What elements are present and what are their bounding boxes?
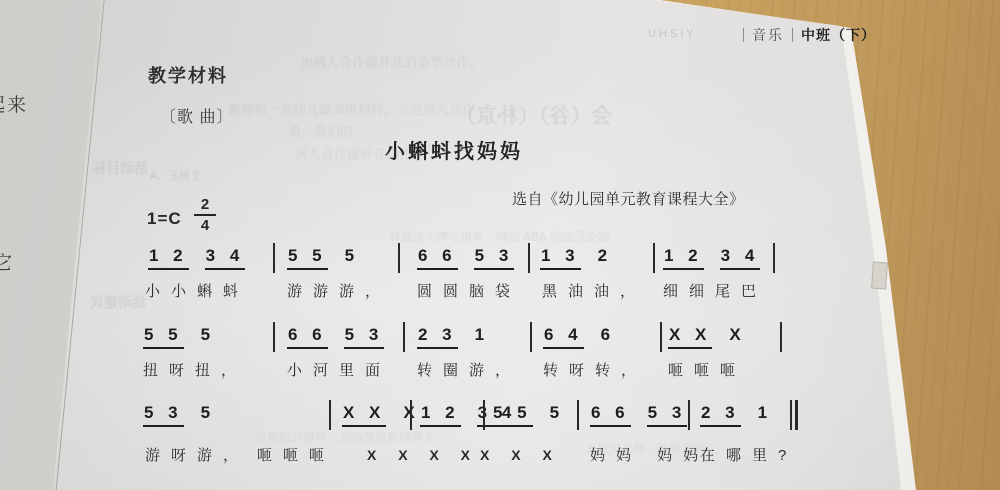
- note-group: 1 2: [420, 403, 461, 427]
- barline: [688, 400, 690, 430]
- note-group: 6 6: [287, 325, 328, 349]
- left-page-text-fragment-middle: 它: [0, 248, 14, 275]
- note-group: 2 3: [700, 403, 741, 427]
- book-photo-on-desk: 起来 它 音乐中班（下） UHSIY 教学材料 〔歌 曲〕 小蝌蚪找妈妈 选自《…: [0, 0, 1000, 490]
- genre-label: 〔歌 曲〕: [160, 104, 233, 127]
- note-group: 5: [344, 246, 360, 268]
- measure: 1 23 4: [148, 246, 245, 270]
- lyric-segment: 妈妈 妈妈: [590, 447, 709, 464]
- note-group: X: [728, 325, 746, 347]
- measure: 5 55: [492, 403, 565, 427]
- measure: 6 65 3: [287, 325, 384, 349]
- lyric-segment: X X X X: [367, 447, 479, 464]
- measure: 2 31: [700, 403, 773, 427]
- note-group: 5 3: [647, 403, 688, 427]
- barline: [528, 243, 530, 273]
- note-group: 6 6: [590, 403, 631, 427]
- header-subject-label: 音乐: [752, 27, 784, 43]
- note-group: 3 4: [205, 246, 246, 270]
- time-signature-bar: [194, 214, 216, 216]
- header-divider: [743, 28, 744, 42]
- note-group: 1 2: [148, 246, 189, 270]
- lyric-segment: 圆圆脑袋: [417, 283, 521, 300]
- barline: [329, 400, 331, 430]
- time-signature: 2 4: [194, 197, 216, 233]
- lyric-segment: 黑油油，: [542, 283, 646, 300]
- left-page-text-fragment-top: 起来: [0, 90, 28, 117]
- note-group: 5 5: [287, 246, 328, 270]
- note-group: 3 4: [720, 246, 761, 270]
- lyric-segment: 扭呀扭，: [143, 362, 247, 379]
- barline: [530, 322, 532, 352]
- note-group: 5: [200, 403, 216, 425]
- note-group: 1: [757, 403, 773, 425]
- measure: 5 55: [143, 325, 216, 349]
- measure: 2 31: [417, 325, 490, 349]
- end-barline: [780, 322, 782, 352]
- lyric-segment: 咂咂咂: [668, 362, 746, 379]
- measure: 6 46: [543, 325, 616, 349]
- key-signature: 1=C: [147, 209, 182, 229]
- lyric-segment: 小小蝌蚪: [145, 283, 249, 300]
- song-title: 小蝌蚪找妈妈: [385, 135, 523, 164]
- lyric-segment: 细细尾巴: [663, 283, 767, 300]
- note-group: X: [402, 403, 420, 425]
- paper-scrap-on-table: [871, 262, 888, 290]
- note-group: 5: [549, 403, 565, 425]
- note-group: X X: [668, 325, 712, 349]
- note-group: 6: [600, 325, 616, 347]
- note-group: 2: [597, 246, 613, 268]
- measure: 5 35: [143, 403, 216, 427]
- measure: 6 65 3: [417, 246, 514, 270]
- barline: [410, 400, 412, 430]
- note-group: 1: [474, 325, 490, 347]
- note-group: X X: [342, 403, 386, 427]
- measure: X XX: [342, 403, 421, 427]
- time-signature-denominator: 4: [194, 218, 216, 233]
- note-group: 5 5: [492, 403, 533, 427]
- final-barline-thick: [795, 400, 798, 430]
- note-group: 5: [200, 325, 216, 347]
- note-group: 5 3: [474, 246, 515, 270]
- measure: X XX: [668, 325, 747, 349]
- lyric-segment: 小河里面: [287, 362, 391, 379]
- note-group: 5 3: [344, 325, 385, 349]
- note-group: 1 2: [663, 246, 704, 270]
- lyric-segment: 转呀转，: [543, 362, 647, 379]
- barline: [398, 243, 400, 273]
- barline: [653, 243, 655, 273]
- measure: 6 65 3: [590, 403, 687, 427]
- lyric-segment: X X X: [480, 447, 561, 464]
- note-group: 6 6: [417, 246, 458, 270]
- lyric-segment: 游游游，: [287, 283, 391, 300]
- lyric-segment: 游呀游，: [145, 447, 249, 464]
- header-volume-label: 中班（下）: [801, 27, 876, 43]
- lyric-segment: 转圈游，: [417, 362, 521, 379]
- note-group: 5 3: [143, 403, 184, 427]
- source-attribution: 选自《幼儿园单元教育课程大全》: [512, 188, 745, 209]
- barline: [273, 243, 275, 273]
- end-barline: [773, 243, 775, 273]
- measure: 5 55: [287, 246, 360, 270]
- time-signature-numerator: 2: [194, 197, 216, 212]
- measure: 1 32: [540, 246, 613, 270]
- header-divider: [792, 28, 793, 42]
- note-group: 5 5: [143, 325, 184, 349]
- final-barline-thin: [790, 400, 792, 430]
- barline: [483, 400, 485, 430]
- running-header: 音乐中班（下）: [735, 25, 876, 45]
- section-heading: 教学材料: [148, 62, 228, 88]
- lyric-segment: 咂咂咂: [257, 447, 335, 464]
- measure: 1 23 4: [663, 246, 760, 270]
- barline: [273, 322, 275, 352]
- barline: [577, 400, 579, 430]
- note-group: 2 3: [417, 325, 458, 349]
- barline: [403, 322, 405, 352]
- lyric-segment: 在哪里?: [700, 447, 797, 464]
- note-group: 6 4: [543, 325, 584, 349]
- note-group: 1 3: [540, 246, 581, 270]
- barline: [660, 322, 662, 352]
